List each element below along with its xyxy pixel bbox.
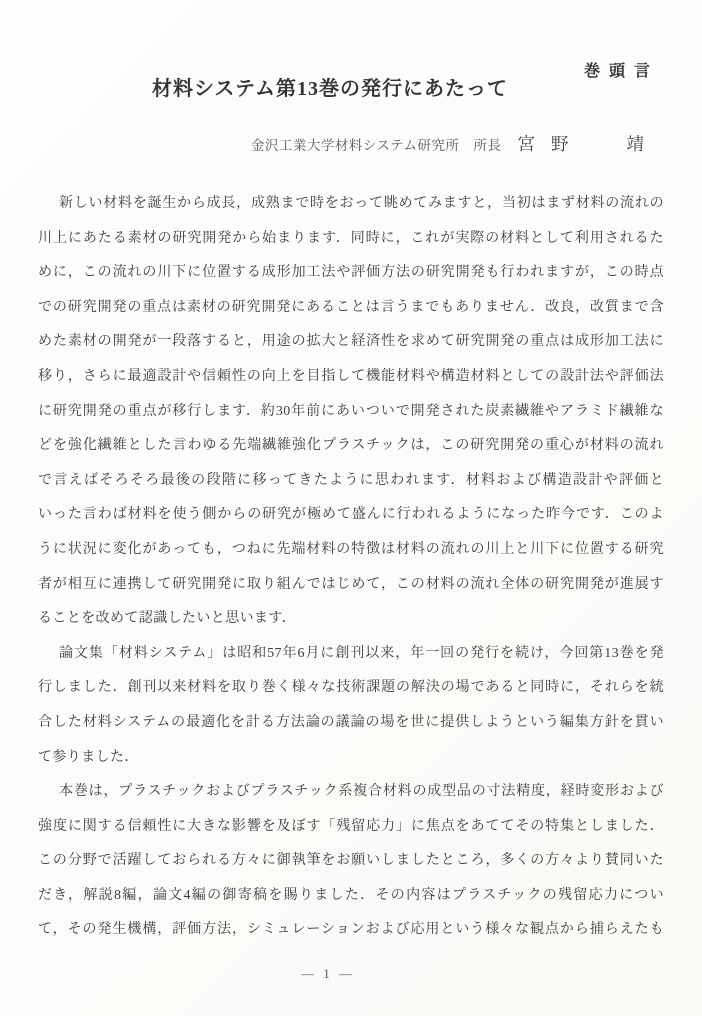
page-title: 材料システム第13巻の発行にあたって	[0, 72, 660, 101]
body-text-line: だき，解説8編，論文4編の御寄稿を賜りました．その内容はプラスチックの残留応力に…	[38, 879, 664, 914]
author-given-name: 靖	[627, 131, 645, 156]
body-text-line: 論文集「材料システム」は昭和57年6月に創刊以来，年一回の発行を続け，今回第13…	[38, 637, 664, 672]
body-text-line: ることを改めて認識したいと思います．	[38, 602, 664, 637]
body-text-line: での研究開発の重点は素材の研究開発にあることは言うまでもありません．改良，改質ま…	[38, 291, 664, 326]
document-body: 新しい材料を誕生から成長，成熟まで時をおって眺めてみますと，当初はまず材料の流れ…	[38, 187, 664, 948]
body-text-line: て参りました．	[38, 741, 664, 776]
body-text-line: いった言わば材料を使う側からの研究が極めて盛んに行われるようになった昨今です．こ…	[38, 498, 664, 533]
body-text-line: 川上にあたる素材の研究開発から始まります．同時に，これが実際の材料として利用され…	[38, 222, 664, 257]
body-text-line: で言えばそろそろ最後の段階に移ってきたように思われます．材料および構造設計や評価…	[38, 464, 664, 499]
body-text-line: 本巻は，プラスチックおよびプラスチック系複合材料の成型品の寸法精度，経時変形およ…	[38, 775, 664, 810]
author-affiliation: 金沢工業大学材料システム研究所 所長	[251, 134, 502, 154]
page-number: — 1 —	[0, 966, 656, 982]
body-text-line: 者が相互に連携して研究開発に取り組んではじめて，この材料の流れ全体の研究開発が進…	[38, 568, 664, 603]
body-text-line: 行しました．創刊以来材料を取り巻く様々な技術課題の解決の場であると同時に，それら…	[38, 671, 664, 706]
body-text-line: 強度に関する信頼性に大きな影響を及ぼす「残留応力」に焦点をあててその特集としまし…	[38, 810, 664, 845]
body-text-line: 新しい材料を誕生から成長，成熟まで時をおって眺めてみますと，当初はまず材料の流れ…	[38, 187, 664, 222]
author-surname: 宮野	[518, 131, 585, 156]
body-text-line: めた素材の開発が一段落すると，用途の拡大と経済性を求めて研究開発の重点は成形加工…	[38, 325, 664, 360]
body-text-line: て，その発生機構，評価方法，シミュレーションおよび応用という様々な観点から捕らえ…	[38, 913, 664, 948]
body-text-line: 移り，さらに最適設計や信頼性の向上を目指して機能材料や構造材料としての設計法や評…	[38, 360, 664, 395]
body-text-line: うに状況に変化があっても，つねに先端材料の特徴は材料の流れの川上と川下に位置する…	[38, 533, 664, 568]
scanned-document-page: 巻頭言 材料システム第13巻の発行にあたって 金沢工業大学材料システム研究所 所…	[0, 0, 702, 1016]
body-text-line: めに，この流れの川下に位置する成形加工法や評価方法の研究開発も行われますが，この…	[38, 256, 664, 291]
body-text-line: 合した材料システムの最適化を計る方法論の議論の場を世に提供しようという編集方針を…	[38, 706, 664, 741]
body-text-line: どを強化繊維とした言わゆる先端繊維強化プラスチックは，この研究開発の重心が材料の…	[38, 429, 664, 464]
author-line: 金沢工業大学材料システム研究所 所長 宮野 靖	[0, 131, 644, 156]
body-text-line: に研究開発の重点が移行します．約30年前にあいついで開発された炭素繊維やアラミド…	[38, 395, 664, 430]
body-text-line: この分野で活躍しておられる方々に御執筆をお願いしましたところ，多くの方々より賛同…	[38, 844, 664, 879]
